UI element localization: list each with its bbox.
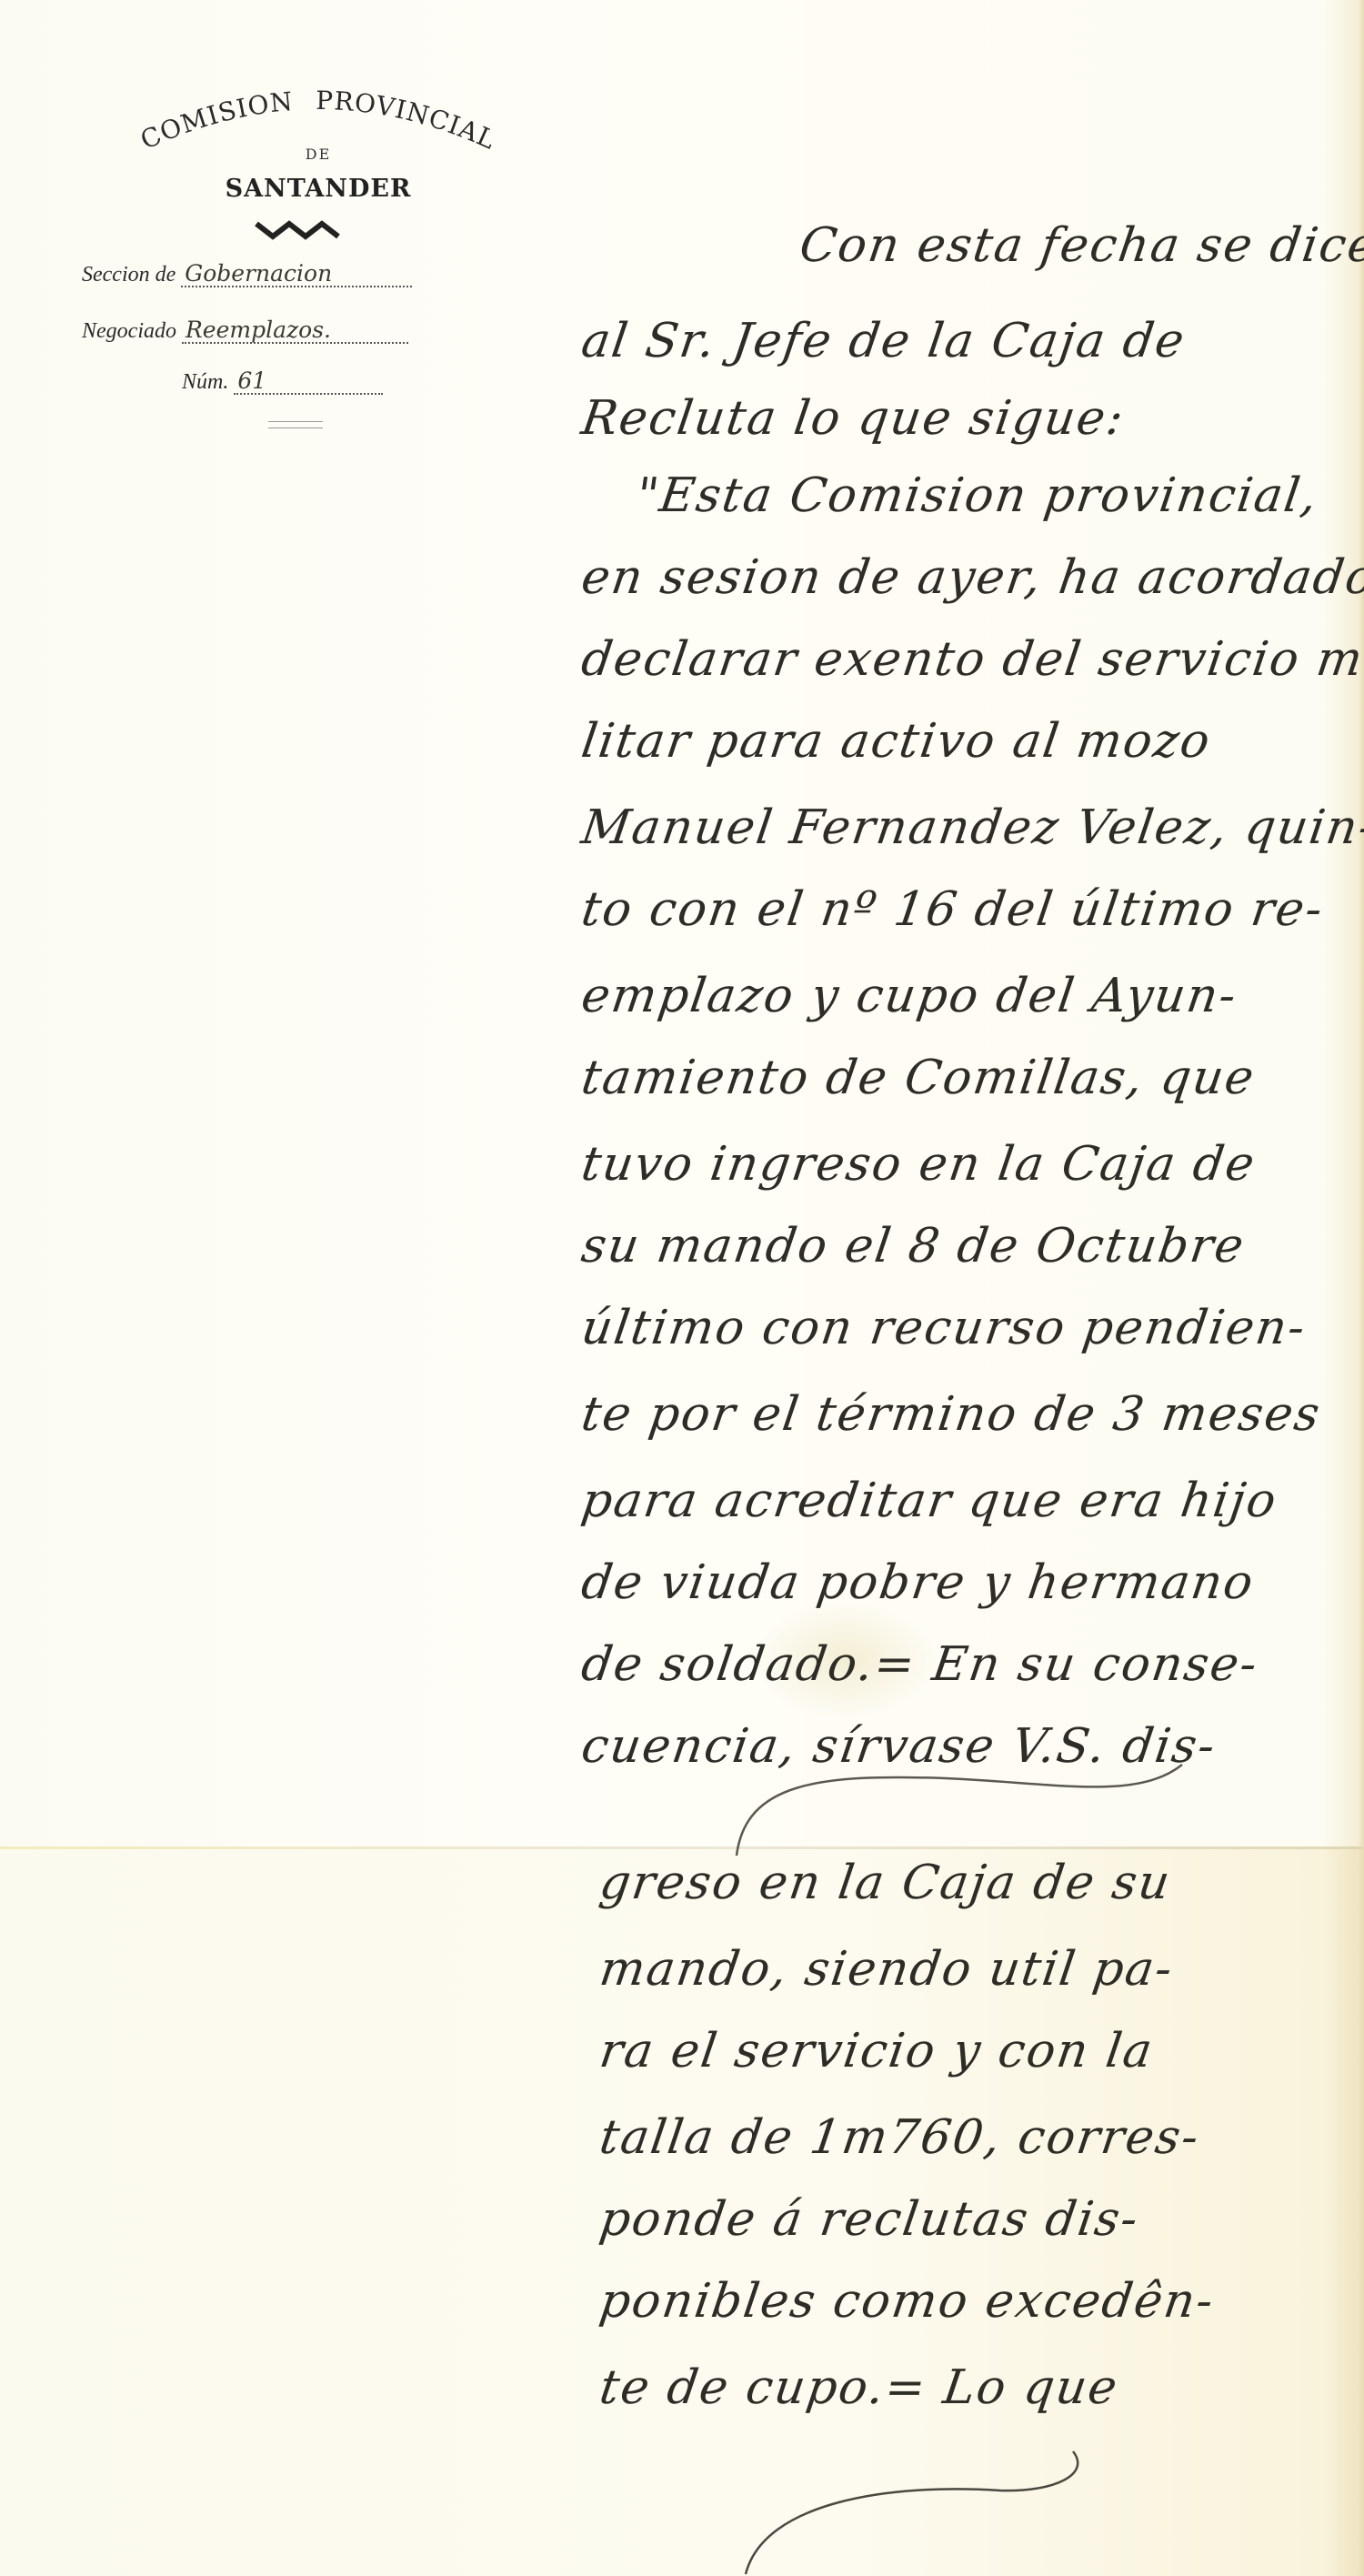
letter-line: te por el término de 3 meses [578, 1387, 1325, 1442]
pen-flourish-icon [709, 1710, 1219, 1874]
letter-line: tamiento de Comillas, que [578, 1051, 1259, 1105]
letter-line: emplazo y cupo del Ayun- [578, 969, 1241, 1023]
letter-line: para acreditar que era hijo [578, 1474, 1281, 1528]
letter-line: Recluta lo que sigue: [578, 391, 1128, 446]
letter-line: su mando el 8 de Octubre [578, 1219, 1249, 1273]
letter-body: Con esta fecha se dice al Sr. Jefe de la… [0, 0, 1364, 2576]
letter-line: al Sr. Jefe de la Caja de [578, 314, 1189, 368]
letter-line: mando, siendo util pa- [597, 1942, 1178, 1997]
letter-line: Con esta fecha se dice [797, 218, 1364, 273]
letter-line: ponde á reclutas dis- [597, 2192, 1143, 2247]
letter-line: te de cupo.= Lo que [597, 2360, 1122, 2415]
letter-line: to con el nº 16 del último re- [578, 882, 1328, 937]
letter-line: último con recurso pendien- [578, 1301, 1310, 1355]
letter-line: talla de 1m760, corres- [597, 2110, 1204, 2165]
letter-line: "Esta Comision provincial, [633, 468, 1322, 523]
pen-flourish-icon [709, 2438, 1146, 2576]
letter-line: litar para activo al mozo [578, 714, 1215, 769]
letter-line: de soldado.= En su conse- [578, 1637, 1262, 1692]
letter-line: declarar exento del servicio mi- [578, 632, 1364, 687]
letter-line: en sesion de ayer, ha acordado [578, 550, 1364, 605]
letter-line: Manuel Fernandez Velez, quin- [578, 800, 1364, 855]
letter-line: tuvo ingreso en la Caja de [578, 1137, 1259, 1192]
letter-line: ponibles como excedên- [597, 2274, 1219, 2329]
letter-line: ra el servicio y con la [597, 2024, 1158, 2078]
letter-line: de viuda pobre y hermano [578, 1555, 1259, 1610]
